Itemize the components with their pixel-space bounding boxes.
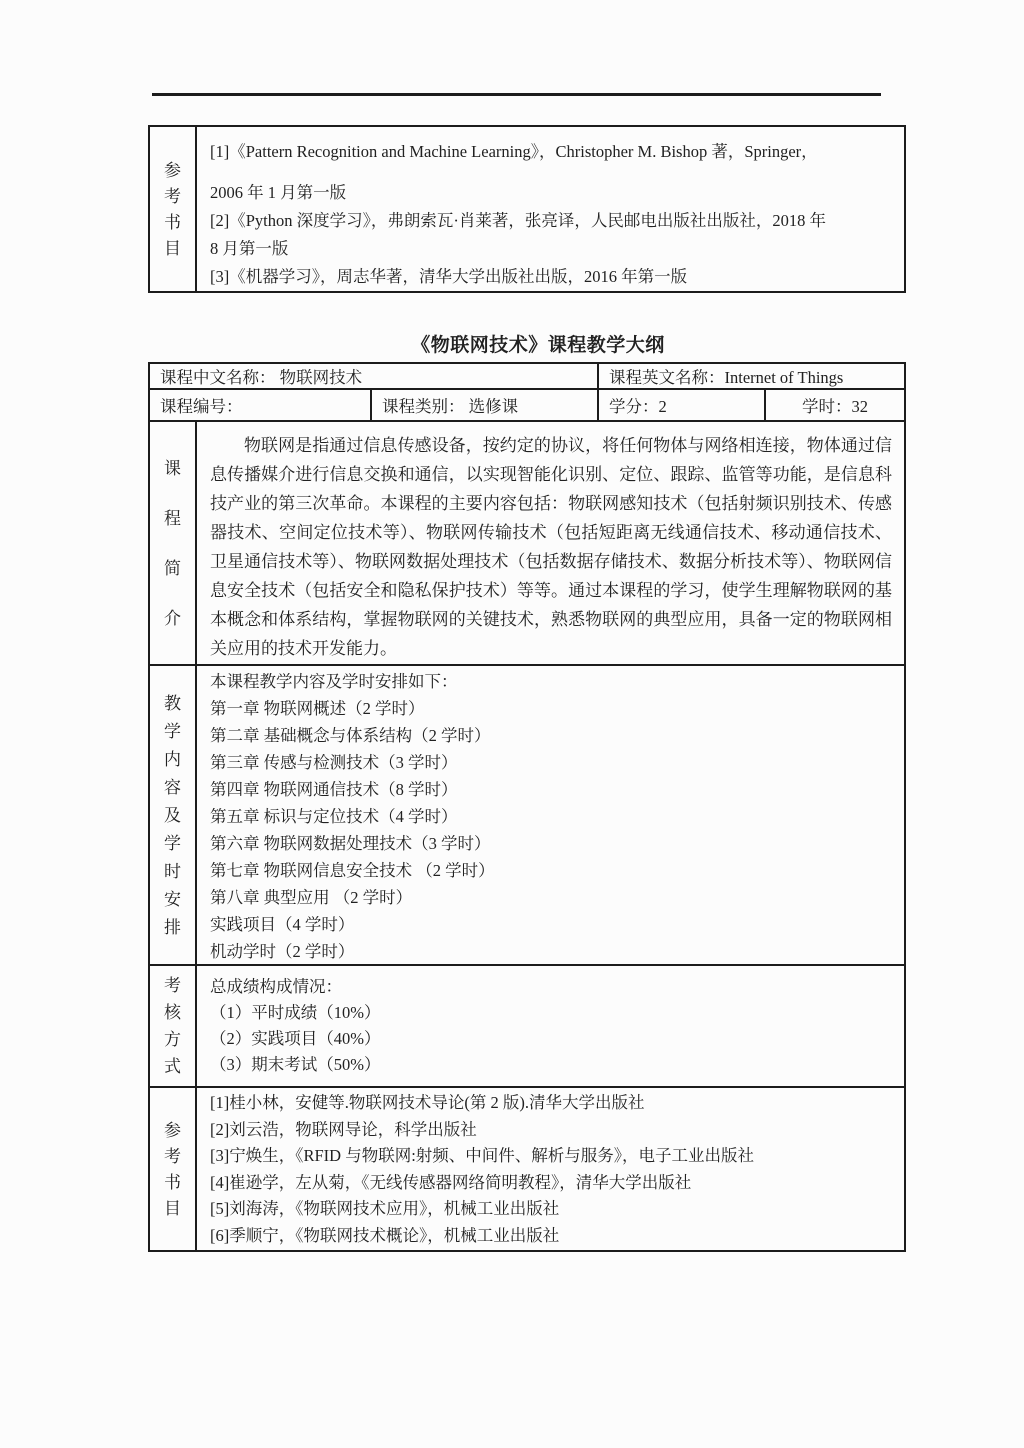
reference-books-content: [1]《Pattern Recognition and Machine Lear… <box>197 127 904 291</box>
label-char: 简 <box>164 560 181 577</box>
reference-entry-line: 2006 年 1 月第一版 <box>210 179 896 207</box>
references-label-vertical: 参 考 书 目 <box>150 1088 197 1250</box>
teaching-content-lines: 本课程教学内容及学时安排如下： 第一章 物联网概述（2 学时） 第二章 基础概念… <box>197 666 904 964</box>
course-en-name: 课程英文名称：Internet of Things <box>599 364 904 388</box>
assessment-label-vertical: 考 核 方 式 <box>150 966 197 1086</box>
teaching-line: 实践项目（4 学时） <box>210 911 896 938</box>
assessment-line: （1）平时成绩（10%） <box>210 1000 896 1026</box>
row-course-names: 课程中文名称： 物联网技术 课程英文名称：Internet of Things <box>150 364 904 390</box>
label-char: 介 <box>164 610 181 627</box>
course-outline-table: 课程中文名称： 物联网技术 课程英文名称：Internet of Things … <box>148 362 906 1252</box>
course-intro-text: 物联网是指通过信息传感设备，按约定的协议，将任何物体与网络相连接，物体通过信息传… <box>197 422 904 664</box>
teaching-content-label-vertical: 教 学 内 容 及 学 时 安 排 <box>150 666 197 964</box>
label-char: 方 <box>164 1031 181 1048</box>
label-char: 书 <box>164 214 181 231</box>
teaching-line: 机动学时（2 学时） <box>210 938 896 965</box>
document-page: 参 考 书 目 [1]《Pattern Recognition and Mach… <box>0 0 1024 1448</box>
reference-line: [1]桂小林，安健等.物联网技术导论(第 2 版).清华大学出版社 <box>210 1090 896 1117</box>
teaching-line: 第二章 基础概念与体系结构（2 学时） <box>210 722 896 749</box>
course-number: 课程编号： <box>150 390 372 420</box>
assessment-line: （2）实践项目（40%） <box>210 1026 896 1052</box>
reference-line: [2]刘云浩，物联网导论，科学出版社 <box>210 1117 896 1144</box>
reference-entry-line: 8 月第一版 <box>210 235 896 263</box>
reference-books-label-vertical: 参 考 书 目 <box>150 127 197 291</box>
label-char: 考 <box>164 1148 181 1165</box>
label-char: 内 <box>164 751 181 768</box>
assessment-line: （3）期末考试（50%） <box>210 1052 896 1078</box>
label-char: 书 <box>164 1174 181 1191</box>
reference-entry-line: [3]《机器学习》，周志华著，清华大学出版社出版，2016 年第一版 <box>210 263 896 291</box>
label-char: 程 <box>164 510 181 527</box>
course-credits: 学分：2 <box>599 390 766 420</box>
teaching-line: 第七章 物联网信息安全技术 （2 学时） <box>210 857 896 884</box>
row-references: 参 考 书 目 [1]桂小林，安健等.物联网技术导论(第 2 版).清华大学出版… <box>150 1088 904 1250</box>
label-char: 考 <box>164 188 181 205</box>
label-char: 学 <box>164 723 181 740</box>
label-char: 安 <box>164 891 181 908</box>
teaching-line: 第四章 物联网通信技术（8 学时） <box>210 776 896 803</box>
course-cn-name: 课程中文名称： 物联网技术 <box>150 364 599 388</box>
label-char: 时 <box>164 863 181 880</box>
label-char: 参 <box>164 1122 181 1139</box>
label-char: 目 <box>164 1200 181 1217</box>
row-course-meta: 课程编号： 课程类别： 选修课 学分：2 学时：32 <box>150 390 904 422</box>
course-intro-label-vertical: 课 程 简 介 <box>150 422 197 664</box>
row-assessment: 考 核 方 式 总成绩构成情况： （1）平时成绩（10%） （2）实践项目（40… <box>150 966 904 1088</box>
teaching-line: 第一章 物联网概述（2 学时） <box>210 695 896 722</box>
reference-books-table-top: 参 考 书 目 [1]《Pattern Recognition and Mach… <box>148 125 906 293</box>
row-course-intro: 课 程 简 介 物联网是指通过信息传感设备，按约定的协议，将任何物体与网络相连接… <box>150 422 904 666</box>
page-header-rule <box>152 93 881 96</box>
reference-line: [6]季顺宁，《物联网技术概论》，机械工业出版社 <box>210 1223 896 1250</box>
reference-line: [4]崔逊学，左从菊，《无线传感器网络简明教程》，清华大学出版社 <box>210 1170 896 1197</box>
label-char: 课 <box>164 460 181 477</box>
label-char: 教 <box>164 695 181 712</box>
label-char: 及 <box>164 807 181 824</box>
assessment-lines: 总成绩构成情况： （1）平时成绩（10%） （2）实践项目（40%） （3）期末… <box>197 966 904 1086</box>
label-char: 排 <box>164 919 181 936</box>
course-hours: 学时：32 <box>766 390 904 420</box>
reference-line: [3]宁焕生，《RFID 与物联网:射频、中间件、解析与服务》，电子工业出版社 <box>210 1143 896 1170</box>
label-char: 核 <box>164 1004 181 1021</box>
label-char: 容 <box>164 779 181 796</box>
course-category: 课程类别： 选修课 <box>372 390 599 420</box>
teaching-line: 第八章 典型应用 （2 学时） <box>210 884 896 911</box>
references-lines: [1]桂小林，安健等.物联网技术导论(第 2 版).清华大学出版社 [2]刘云浩… <box>197 1088 904 1250</box>
teaching-line: 第六章 物联网数据处理技术（3 学时） <box>210 830 896 857</box>
label-char: 考 <box>164 977 181 994</box>
assessment-line: 总成绩构成情况： <box>210 974 896 1000</box>
label-char: 目 <box>164 240 181 257</box>
label-char: 参 <box>164 162 181 179</box>
reference-entry-line: [2]《Python 深度学习》，弗朗索瓦·肖莱著，张亮译，人民邮电出版社出版社… <box>210 207 896 235</box>
page-title: 《物联网技术》课程教学大纲 <box>148 330 906 357</box>
teaching-line: 本课程教学内容及学时安排如下： <box>210 668 896 695</box>
reference-line: [5]刘海涛，《物联网技术应用》，机械工业出版社 <box>210 1196 896 1223</box>
row-teaching-content: 教 学 内 容 及 学 时 安 排 本课程教学内容及学时安排如下： 第一章 物联… <box>150 666 904 966</box>
label-char: 式 <box>164 1058 181 1075</box>
teaching-line: 第三章 传感与检测技术（3 学时） <box>210 749 896 776</box>
teaching-line: 第五章 标识与定位技术（4 学时） <box>210 803 896 830</box>
label-char: 学 <box>164 835 181 852</box>
reference-entry-line: [1]《Pattern Recognition and Machine Lear… <box>210 138 896 166</box>
